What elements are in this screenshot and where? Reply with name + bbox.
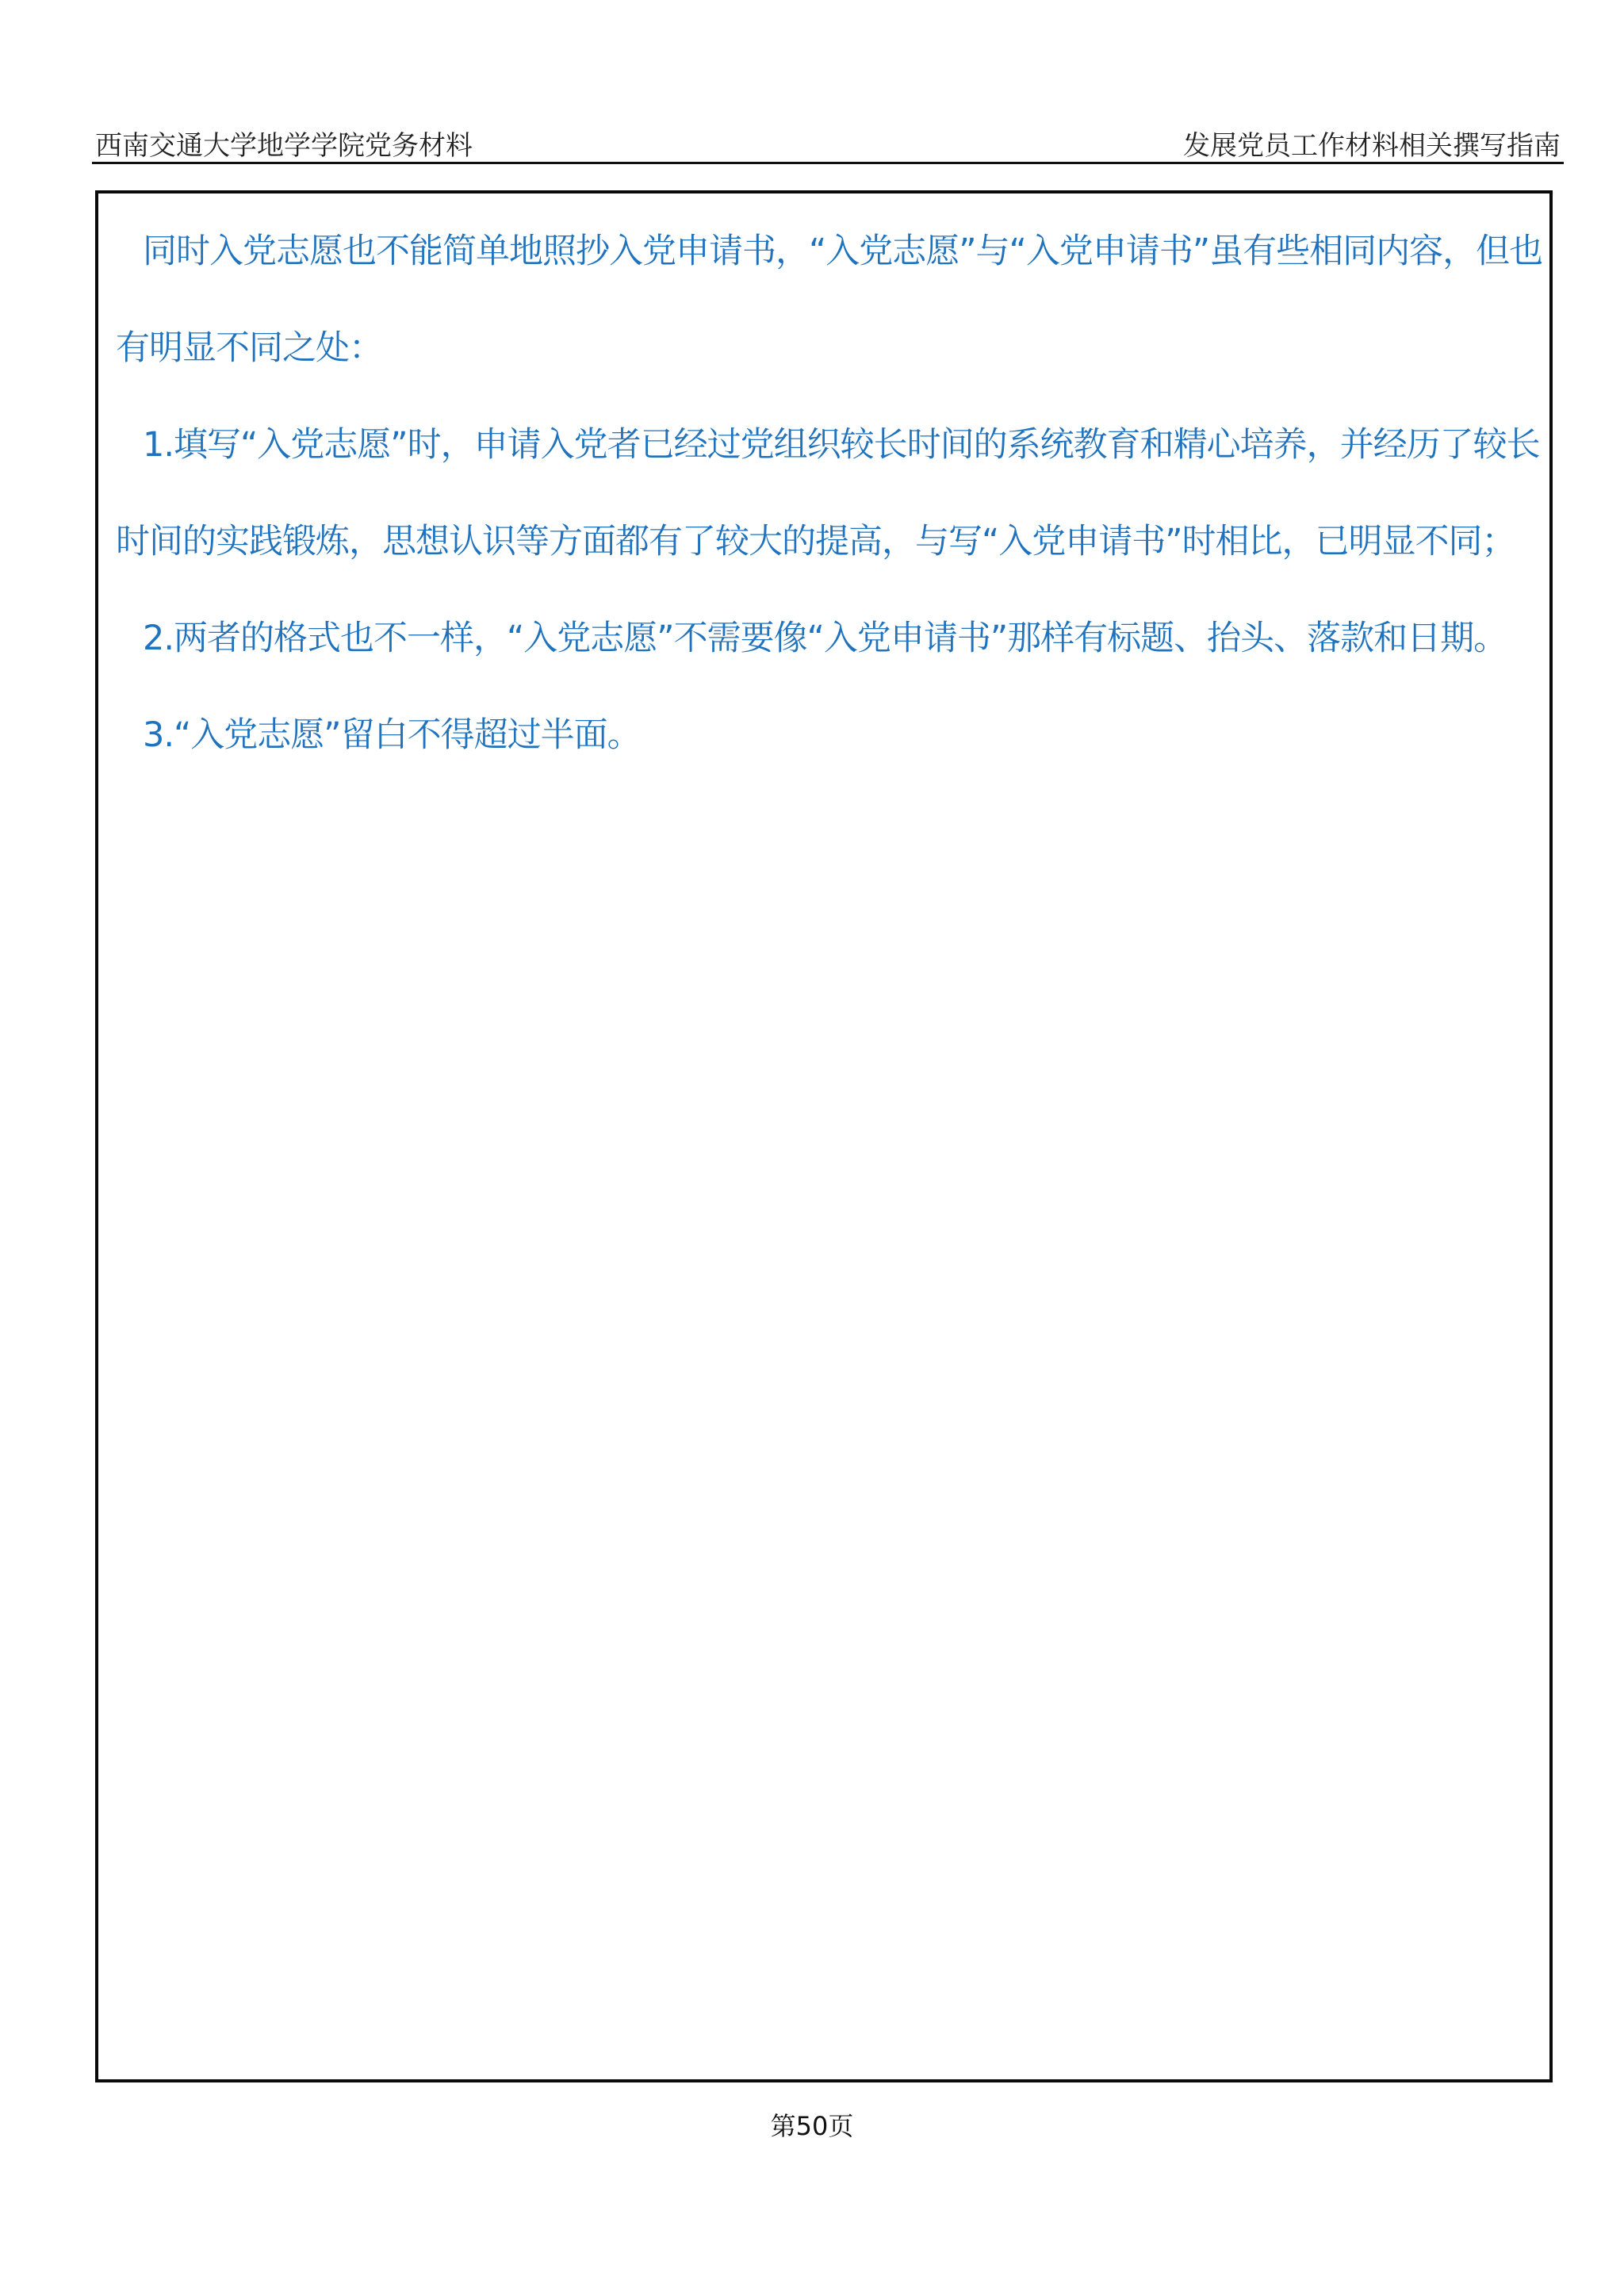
paragraph-point-2: 2.两者的格式也不一样，“入党志愿”不需要像“入党申请书”那样有标题、抬头、落款… <box>116 590 1543 687</box>
header-institution: 西南交通大学地学学院党务材料 <box>95 124 473 163</box>
paragraph-point-3: 3.“入党志愿”留白不得超过半面。 <box>116 687 1543 784</box>
content-frame: 同时入党志愿也不能简单地照抄入党申请书，“入党志愿”与“入党申请书”虽有些相同内… <box>95 190 1553 2082</box>
paragraph-point-1: 1.填写“入党志愿”时，申请入党者已经过党组织较长时间的系统教育和精心培养，并经… <box>116 397 1543 590</box>
paragraph-intro: 同时入党志愿也不能简单地照抄入党申请书，“入党志愿”与“入党申请书”虽有些相同内… <box>116 203 1543 397</box>
header-document-title: 发展党员工作材料相关撰写指南 <box>1183 124 1561 163</box>
page-header: 西南交通大学地学学院党务材料 发展党员工作材料相关撰写指南 <box>92 117 1564 164</box>
content-body: 同时入党志愿也不能简单地照抄入党申请书，“入党志愿”与“入党申请书”虽有些相同内… <box>116 203 1543 784</box>
page-number: 第50页 <box>0 2106 1624 2143</box>
